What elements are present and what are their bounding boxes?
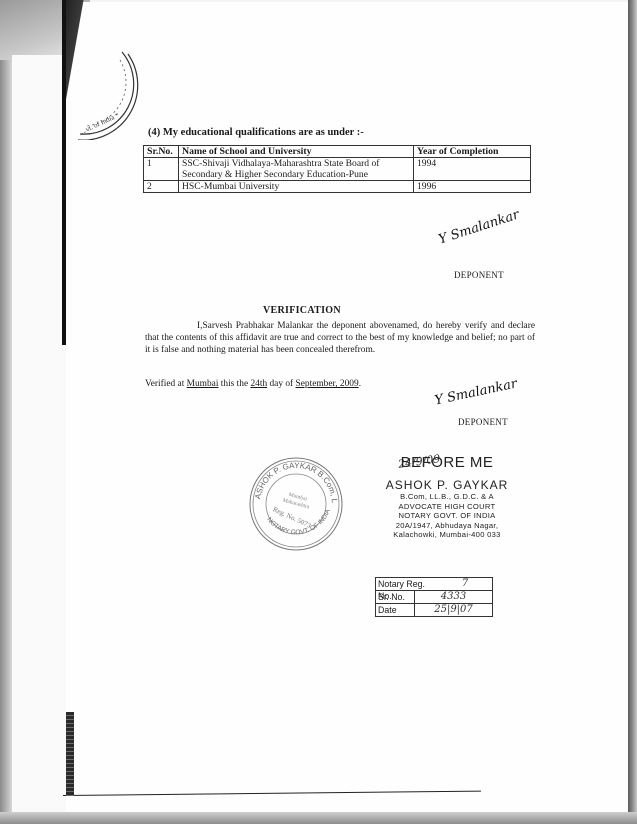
- notary-registration-box: Notary Reg. No. 7 Sr. No. 4333 Date 25|9…: [375, 577, 493, 617]
- partial-seal-stamp-icon: ...vt. of India *: [60, 30, 150, 140]
- scanner-left-edge: [0, 60, 12, 824]
- notary-title-2: NOTARY GOVT. OF INDIA: [372, 511, 522, 521]
- notary-seal-stamp-icon: ASHOK P. GAYKAR B.Com, LL.B, G.D.C. & A …: [246, 454, 346, 554]
- deponent-label-1: DEPONENT: [454, 270, 504, 280]
- verified-line: Verified at Mumbai this the 24th day of …: [145, 379, 361, 389]
- reg-row-date: Date 25|9|07: [376, 603, 492, 616]
- header-year: Year of Completion: [414, 146, 531, 158]
- sr-no-value: 4333: [415, 591, 492, 603]
- binding-mark: [66, 712, 74, 796]
- cell-sr: 2: [144, 181, 179, 193]
- document-page: [66, 2, 628, 814]
- header-school-name: Name of School and University: [179, 146, 414, 158]
- cell-school: HSC-Mumbai University: [179, 181, 414, 193]
- deponent-label-2: DEPONENT: [458, 417, 508, 427]
- notary-qualifications: B.Com, LL.B., G.D.C. & A: [372, 492, 522, 502]
- verified-suffix: .: [359, 379, 361, 389]
- date-label: Date: [376, 604, 415, 616]
- cell-school: SSC-Shivaji Vidhalaya-Maharashtra State …: [179, 158, 414, 181]
- notary-reg-label: Notary Reg. No.: [376, 578, 438, 590]
- header-sr-no: Sr.No.: [144, 146, 179, 158]
- school-line-2: Secondary & Higher Secondary Education-P…: [182, 169, 410, 180]
- sr-no-label: Sr. No.: [376, 591, 415, 603]
- verification-title: VERIFICATION: [263, 305, 341, 316]
- date-value: 25|9|07: [415, 604, 492, 616]
- verified-day: 24th: [250, 379, 267, 389]
- notary-name: ASHOK P. GAYKAR: [372, 479, 522, 492]
- cell-sr: 1: [144, 158, 179, 181]
- qualifications-heading: (4) My educational qualifications are as…: [148, 127, 364, 138]
- notary-reg-value: 7: [438, 578, 492, 590]
- verified-text-2: day of: [269, 379, 293, 389]
- reg-row-sr: Sr. No. 4333: [376, 590, 492, 603]
- verified-place: Mumbai: [187, 379, 219, 389]
- verified-month-year: September, 2009: [296, 379, 359, 389]
- qualifications-table: Sr.No. Name of School and University Yea…: [143, 145, 531, 193]
- notary-address-2: Kalachowki, Mumbai-400 033: [372, 530, 522, 540]
- verified-prefix: Verified at: [145, 379, 184, 389]
- notary-address-1: 20A/1947, Abhudaya Nagar,: [372, 521, 522, 531]
- cell-year: 1994: [414, 158, 531, 181]
- signature-mark: Y: [433, 392, 445, 408]
- cell-year: 1996: [414, 181, 531, 193]
- scanner-bottom-edge: [0, 812, 637, 824]
- reg-row-notary: Notary Reg. No. 7: [376, 578, 492, 590]
- notary-attestation: BEFORE ME ASHOK P. GAYKAR B.Com, LL.B., …: [372, 454, 522, 540]
- notary-title-1: ADVOCATE HIGH COURT: [372, 502, 522, 512]
- table-row: 1 SSC-Shivaji Vidhalaya-Maharashtra Stat…: [144, 158, 531, 181]
- before-me-heading: BEFORE ME: [372, 454, 522, 471]
- school-line-1: SSC-Shivaji Vidhalaya-Maharashtra State …: [182, 158, 410, 169]
- verified-text-1: this the: [221, 379, 248, 389]
- table-row: 2 HSC-Mumbai University 1996: [144, 181, 531, 193]
- verification-body: I,Sarvesh Prabhakar Malankar the deponen…: [145, 320, 535, 356]
- table-header-row: Sr.No. Name of School and University Yea…: [144, 146, 531, 158]
- scanner-right-edge: [628, 0, 637, 824]
